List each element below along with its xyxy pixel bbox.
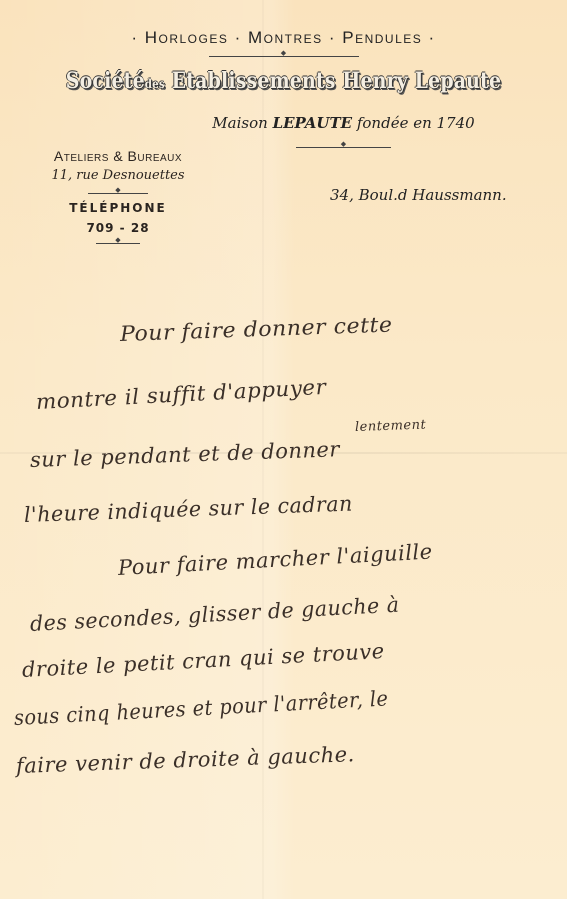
company-rest: Etablissements Henry Lepaute (172, 68, 502, 94)
telephone-number: 709 - 28 (28, 221, 208, 235)
ornament-divider-icon (96, 239, 140, 247)
letterhead-ateliers-block: Ateliers & Bureaux 11, rue Desnouettes T… (28, 148, 208, 247)
maison-pre: Maison (212, 114, 268, 132)
letterhead-maison: Maison LEPAUTE fondée en 1740 (60, 114, 567, 132)
company-prefix: Société (66, 68, 145, 94)
maison-name: LEPAUTE (273, 114, 352, 132)
letterhead-trades: · Horloges · Montres · Pendules · (0, 28, 567, 48)
maison-post: fondée en 1740 (357, 114, 475, 132)
ornament-divider-icon (296, 143, 391, 151)
company-des: des (145, 77, 165, 91)
letterhead-ornament-top (0, 52, 567, 60)
ateliers-address: 11, rue Desnouettes (28, 168, 208, 183)
ornament-telephone (28, 239, 208, 247)
main-address: 34, Boul.d Haussmann. (330, 186, 507, 204)
telephone-label: TÉLÉPHONE (28, 201, 208, 215)
letterhead-company-name: Sociétédes Etablissements Henry Lepaute (40, 68, 528, 94)
ornament-ateliers (28, 189, 208, 197)
ornament-divider-icon (209, 52, 359, 60)
handwritten-insertion: lentement (355, 418, 427, 435)
ateliers-label: Ateliers & Bureaux (28, 148, 208, 164)
ornament-divider-icon (88, 189, 148, 197)
